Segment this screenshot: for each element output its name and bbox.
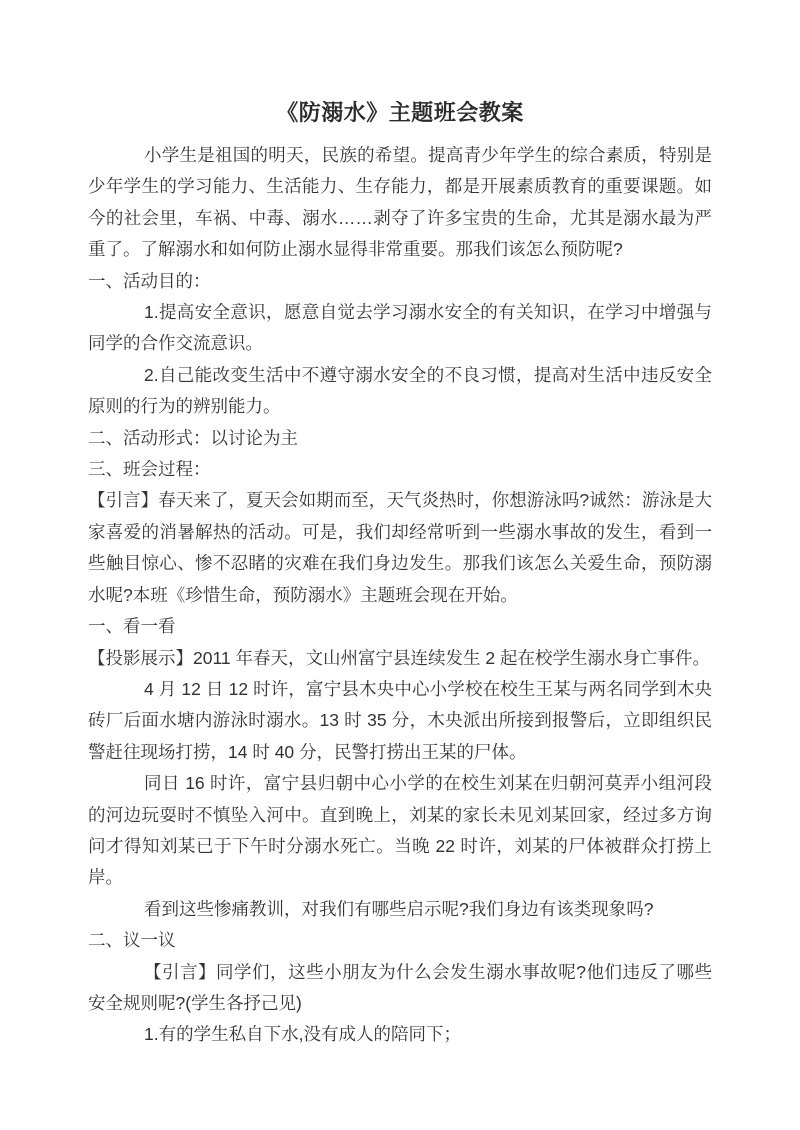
- document-page: 《防溺水》主题班会教案 小学生是祖国的明天，民族的希望。提高青少年学生的综合素质…: [0, 0, 800, 1130]
- discuss-item-1: 1.有的学生私自下水,没有成人的陪同下；: [88, 1019, 712, 1050]
- heading-activity-purpose: 一、活动目的：: [88, 266, 712, 297]
- purpose-item-1: 1.提高安全意识，愿意自觉去学习溺水安全的有关知识，在学习中增强与同学的合作交流…: [88, 297, 712, 360]
- document-title: 《防溺水》主题班会教案: [88, 97, 712, 128]
- projection-paragraph: 【投影展示】2011 年春天，文山州富宁县连续发生 2 起在校学生溺水身亡事件。: [88, 643, 712, 674]
- reflection-paragraph: 看到这些惨痛教训，对我们有哪些启示呢?我们身边有该类现象吗?: [88, 894, 712, 925]
- document-content: 《防溺水》主题班会教案 小学生是祖国的明天，民族的希望。提高青少年学生的综合素质…: [0, 0, 800, 1051]
- case-1-paragraph: 4 月 12 日 12 时许，富宁县木央中心小学校在校生王某与两名同学到木央砖厂…: [88, 674, 712, 768]
- heading-meeting-process: 三、班会过程：: [88, 454, 712, 485]
- case-2-paragraph: 同日 16 时许，富宁县归朝中心小学的在校生刘某在归朝河莫弄小组河段的河边玩耍时…: [88, 768, 712, 894]
- process-foreword-paragraph: 【引言】春天来了，夏天会如期而至，天气炎热时，你想游泳吗?诚然：游泳是大家喜爱的…: [88, 485, 712, 611]
- purpose-item-2: 2.自己能改变生活中不遵守溺水安全的不良习惯，提高对生活中违反安全原则的行为的辨…: [88, 360, 712, 423]
- heading-activity-form: 二、活动形式：以讨论为主: [88, 423, 712, 454]
- heading-discuss: 二、议一议: [88, 925, 712, 956]
- intro-paragraph: 小学生是祖国的明天，民族的希望。提高青少年学生的综合素质，特别是少年学生的学习能…: [88, 140, 712, 266]
- heading-look: 一、看一看: [88, 611, 712, 642]
- discuss-foreword-paragraph: 【引言】同学们，这些小朋友为什么会发生溺水事故呢?他们违反了哪些安全规则呢?(学…: [88, 957, 712, 1020]
